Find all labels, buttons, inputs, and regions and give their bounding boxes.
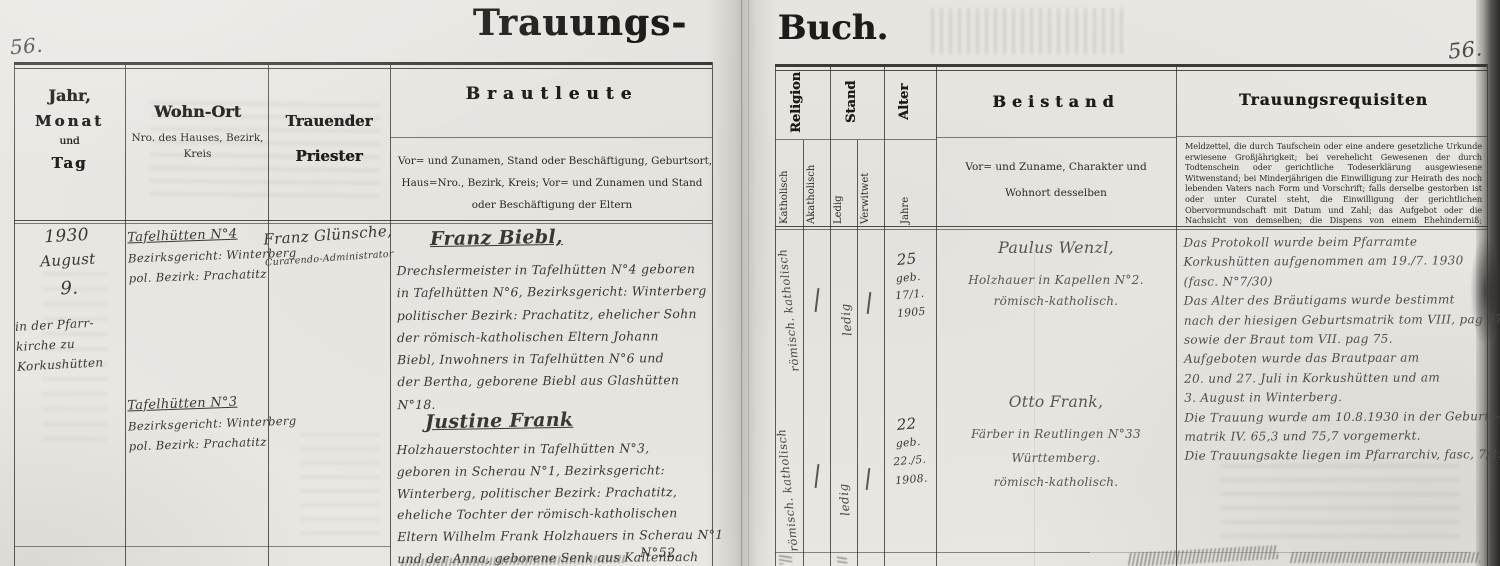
cutoff-handwriting <box>779 554 793 564</box>
bride-name: Justine Frank <box>425 409 574 434</box>
entry-date: 1930August9. <box>16 223 120 301</box>
line: 1908. <box>886 468 937 491</box>
right-col-line <box>857 140 858 566</box>
line: Winterberg, politischer Bezirk: Prachati… <box>397 480 719 504</box>
line: Wohnort desselben <box>946 180 1166 206</box>
right-title: Buch. <box>748 8 918 48</box>
beistand-title: Beistand <box>936 92 1176 111</box>
line: Holzhauerstochter in Tafelhütten N°3, <box>397 437 719 461</box>
line: Vor= und Zuname, Charakter und <box>946 154 1166 180</box>
right-header-bottom-2 <box>775 229 1487 230</box>
groom-details: Drechslermeister in Tafelhütten N°4 gebo… <box>396 258 715 416</box>
line: Vor= und Zunamen, Stand oder Beschäftigu… <box>398 150 706 172</box>
line: römisch-katholisch. <box>936 470 1176 494</box>
priest-col-header: TrauenderPriester <box>268 112 390 182</box>
verwitwet-dash-bride <box>866 468 871 490</box>
stand-header: Stand <box>844 66 870 138</box>
left-table-top-rule-thin <box>14 68 712 69</box>
sub-ledig: Ledig <box>833 142 853 224</box>
line: der römisch-katholischen Eltern Johann <box>397 325 715 350</box>
line: in Tafelhütten N°6, Bezirksgericht: Wint… <box>397 280 715 305</box>
bleedthrough-ghost <box>925 8 1125 54</box>
residence-col-subtitle: Nro. des Hauses, Bezirk,Kreis <box>127 130 268 162</box>
religion-header: Religion <box>789 66 815 138</box>
page-number-left: 56. <box>9 33 44 60</box>
line: Trauender <box>268 112 390 130</box>
bleedthrough-ghost <box>300 430 380 545</box>
groom-name: Franz Biebl, <box>430 226 563 250</box>
right-col-line <box>803 140 804 566</box>
line: Korkushütten aufgenommen am 19./7. 1930 <box>1183 252 1483 273</box>
line: matrik IV. 65,3 und 75,7 vorgemerkt. <box>1184 426 1484 447</box>
right-table-top-rule <box>775 64 1487 67</box>
akatholisch-dash-bride <box>815 464 820 488</box>
line: 20. und 27. Juli in Korkushütten und am <box>1184 368 1484 389</box>
brautleute-subtitle: Vor= und Zunamen, Stand oder Beschäftigu… <box>398 150 706 216</box>
line: Aufgeboten wurde das Brautpaar am <box>1184 349 1484 370</box>
line: Holzhauer in Kapellen N°2. <box>936 270 1176 291</box>
brautleute-subdivider <box>390 137 712 138</box>
line: geboren in Scherau N°1, Bezirksgericht: <box>397 459 719 483</box>
entry-place: in der Pfarr-kirche zuKorkushütten <box>15 311 128 377</box>
line: Drechslermeister in Tafelhütten N°4 gebo… <box>396 258 714 283</box>
line: pol. Bezirk: Prachatitz <box>128 432 269 457</box>
priest-entry: Franz Glünsche,Curarendo-Administrator <box>263 221 397 268</box>
line: Eltern Wilhelm Frank Holzhauers in Scher… <box>397 524 719 548</box>
line: 3. August in Winterberg. <box>1184 387 1484 408</box>
requisiten-title: Trauungsrequisiten <box>1180 90 1487 109</box>
stand-groom: ledig <box>836 264 855 337</box>
line: Württemberg. <box>936 446 1176 470</box>
gutter-line <box>741 0 742 566</box>
residence-col-title: Wohn-Ort <box>127 102 268 121</box>
right-row-divider <box>775 552 1090 553</box>
cutoff-handwriting <box>1290 552 1480 563</box>
left-header-bottom <box>14 220 712 221</box>
right-table-top-rule-thin <box>775 70 1487 71</box>
line: Die Trauungsakte liegen im Pfarrarchiv, … <box>1185 446 1485 467</box>
sub-verwitwet: Verwitwet <box>860 142 880 224</box>
akatholisch-dash-groom <box>815 288 820 312</box>
line: eheliche Tochter der römisch-katholische… <box>397 502 719 526</box>
line: Haus=Nro., Bezirk, Kreis; Vor= und Zunam… <box>398 172 706 194</box>
line: Franz Glünsche, <box>263 221 396 248</box>
left-table-top-rule <box>14 62 712 65</box>
line: Das Protokoll wurde beim Pfarramte <box>1183 232 1483 253</box>
stand-bride: ledig <box>834 444 853 517</box>
beistand-subtitle: Vor= und Zuname, Charakter undWohnort de… <box>946 154 1166 206</box>
line: Jahr, <box>14 86 125 105</box>
line: Korkushütten <box>17 351 128 377</box>
line: Tag <box>14 154 125 172</box>
residence-bride: Tafelhütten N°3Bezirksgericht: Winterber… <box>127 392 269 457</box>
line: Kreis <box>127 146 268 162</box>
left-title: Trauungs- <box>470 2 690 44</box>
line: nach der hiesigen Geburtsmatrik tom VIII… <box>1184 310 1484 331</box>
bride-details-end: N°52. <box>640 546 680 561</box>
left-row-divider <box>14 546 390 547</box>
sub-akatholisch: Akatholisch <box>806 142 826 224</box>
line: und <box>14 135 125 147</box>
line: 9. <box>19 275 120 301</box>
date-col-header: Jahr,MonatundTag <box>14 86 125 172</box>
register-scan: 56. Trauungs- Jahr,MonatundTag Wohn-Ort … <box>0 0 1500 566</box>
cutoff-handwriting <box>837 556 848 565</box>
line: August <box>17 248 118 271</box>
beistand-subdivider <box>936 137 1176 138</box>
line: Biebl, Inwohners in Tafelhütten N°6 und <box>397 347 715 372</box>
requisiten-subdivider <box>1176 136 1487 137</box>
bleedthrough-ghost <box>1220 462 1460 548</box>
requisiten-fineprint: Meldzettel, die durch Taufschein oder ei… <box>1185 141 1482 227</box>
line: pol. Bezirk: Prachatitz <box>128 264 269 289</box>
narrow-cols-subdivider <box>775 139 936 140</box>
line: 1905 <box>886 301 937 323</box>
page-number-right: 56. <box>1447 36 1484 63</box>
line: Die Trauung wurde am 10.8.1930 in der Ge… <box>1184 407 1484 428</box>
alter-header: Alter <box>897 66 923 138</box>
requisiten-notes: Das Protokoll wurde beim PfarramteKorkus… <box>1183 232 1484 466</box>
line: Paulus Wenzl, <box>936 238 1176 257</box>
religion-groom: römisch. katholisch <box>774 238 802 373</box>
witness2: Otto Frank,Färber in Reutlingen N°33Würt… <box>936 393 1176 494</box>
line: Priester <box>268 147 390 165</box>
line: Das Alter des Bräutigams wurde bestimmt <box>1184 290 1484 311</box>
line: der Bertha, geborene Biebl aus Glashütte… <box>397 369 715 394</box>
left-col-line <box>125 62 126 566</box>
witness1: Paulus Wenzl,Holzhauer in Kapellen N°2.r… <box>936 238 1176 312</box>
verwitwet-dash-groom <box>867 292 872 314</box>
line: römisch-katholisch. <box>936 291 1176 312</box>
right-col-line <box>1176 64 1177 566</box>
line: Färber in Reutlingen N°33 <box>936 422 1176 446</box>
brautleute-title: Brautleute <box>392 84 712 104</box>
sub-katholisch: Katholisch <box>779 142 799 224</box>
line: (fasc. N°7/30) <box>1184 271 1484 292</box>
line: oder Beschäftigung der Eltern <box>398 194 706 216</box>
line: Monat <box>14 112 125 130</box>
sub-jahre: Jahre <box>900 142 920 224</box>
line: 1930 <box>16 223 117 248</box>
line: sowie der Braut tom VII. pag 75. <box>1184 329 1484 350</box>
line: politischer Bezirk: Prachatitz, eheliche… <box>397 302 715 327</box>
line: Nro. des Hauses, Bezirk, <box>127 130 268 146</box>
line: Curarendo-Administrator <box>265 248 397 268</box>
age-bride: 22geb.22./5.1908. <box>881 413 937 491</box>
residence-groom: Tafelhütten N°4Bezirksgericht: Winterber… <box>127 224 269 289</box>
age-groom: 25geb.17/1.1905 <box>881 249 937 323</box>
line: Otto Frank, <box>936 393 1176 411</box>
gutter-line-2 <box>748 0 749 566</box>
cutoff-handwriting <box>1128 545 1279 566</box>
